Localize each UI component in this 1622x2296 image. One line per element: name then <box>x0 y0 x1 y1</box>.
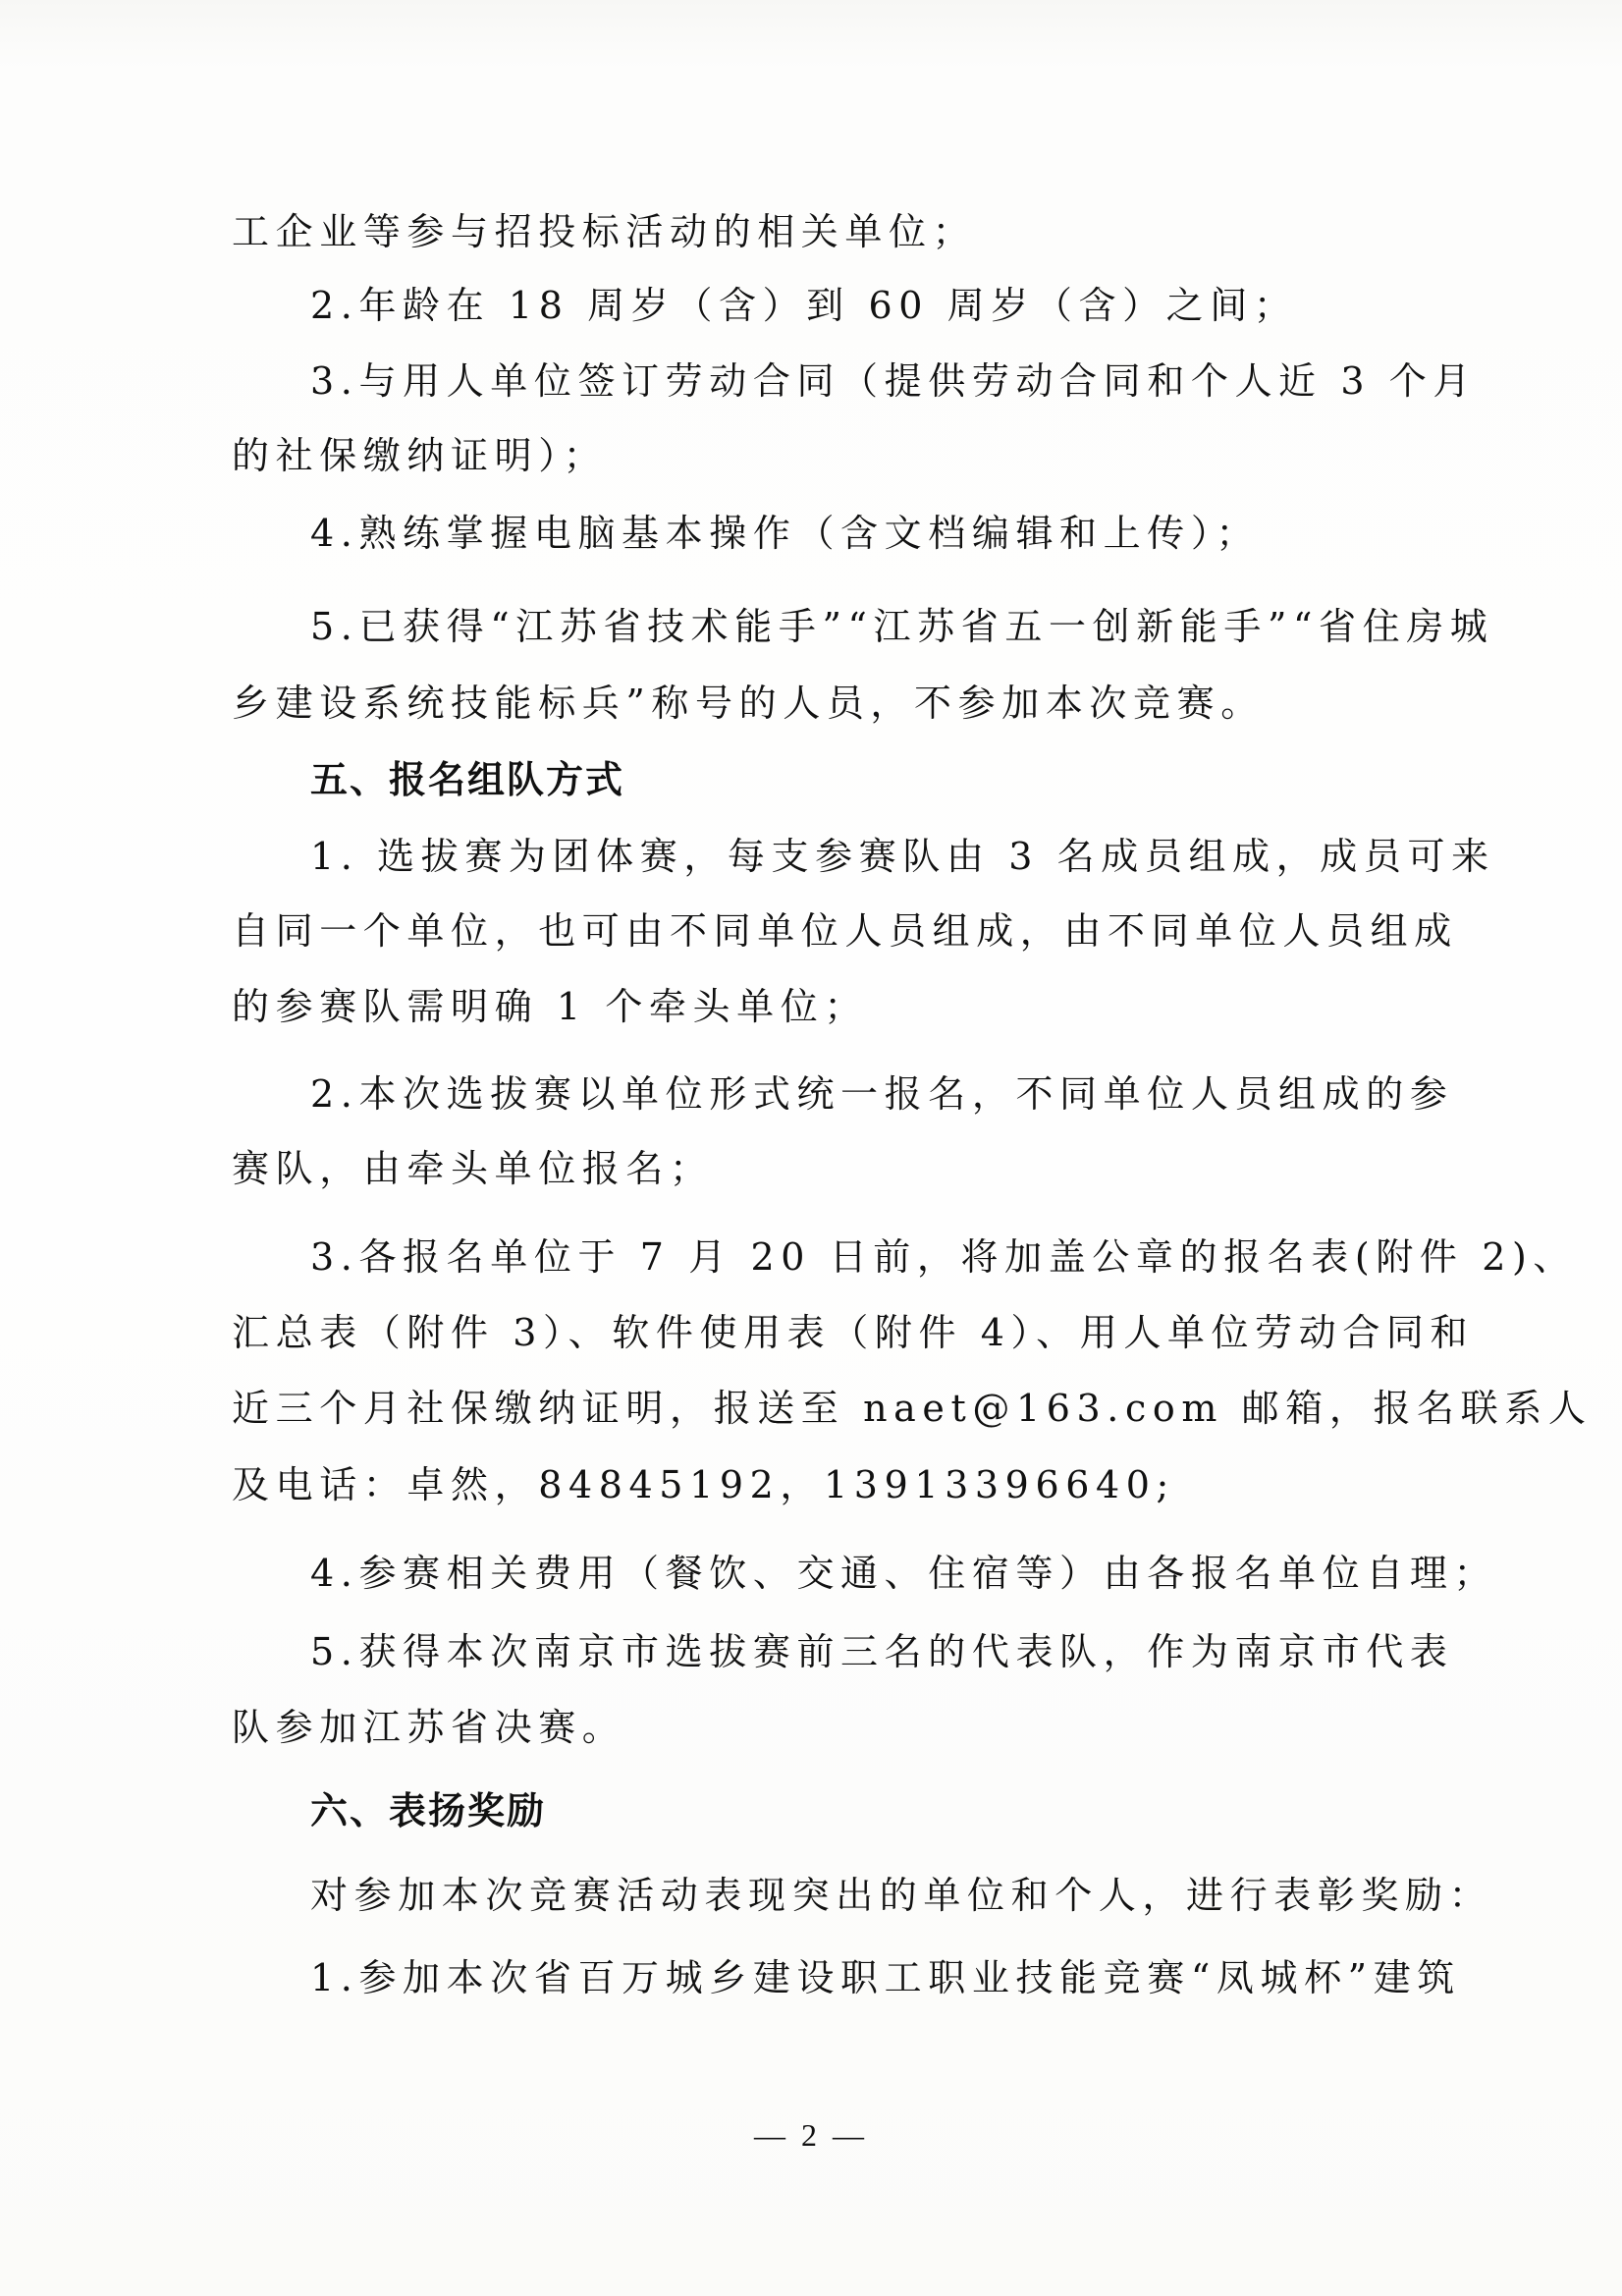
paragraph-line: 5.获得本次南京市选拔赛前三名的代表队，作为南京市代表 <box>310 1628 1453 1675</box>
paragraph-line: 5.已获得“江苏省技术能手”“江苏省五一创新能手”“省住房城 <box>310 603 1493 650</box>
paragraph-line: 自同一个单位，也可由不同单位人员组成，由不同单位人员组成 <box>232 907 1458 955</box>
paragraph-line-contact: 近三个月社保缴纳证明，报送至 naet@163.com 邮箱，报名联系人 <box>232 1385 1592 1432</box>
paragraph-line: 汇总表（附件 3）、软件使用表（附件 4）、用人单位劳动合同和 <box>232 1309 1474 1356</box>
paragraph-line: 对参加本次竞赛活动表现突出的单位和个人，进行表彰奖励： <box>310 1872 1492 1919</box>
paragraph-line: 队参加江苏省决赛。 <box>232 1704 625 1751</box>
paragraph-line: 1.参加本次省百万城乡建设职工职业技能竞赛“凤城杯”建筑 <box>310 1954 1461 2001</box>
paragraph-line: 4.熟练掌握电脑基本操作（含文档编辑和上传）； <box>310 510 1260 557</box>
section-heading-awards: 六、表扬奖励 <box>310 1787 546 1834</box>
paragraph-line: 2.年龄在 18 周岁（含）到 60 周岁（含）之间； <box>310 282 1297 329</box>
page-number: — 2 — <box>0 2117 1622 2154</box>
paragraph-line: 3.各报名单位于 7 月 20 日前，将加盖公章的报名表(附件 2)、 <box>310 1233 1577 1281</box>
paragraph-line: 赛队，由牵头单位报名； <box>232 1145 714 1192</box>
paragraph-line: 的社保缴纳证明）； <box>232 432 607 479</box>
paragraph-line: 3.与用人单位签订劳动合同（提供劳动合同和个人近 3 个月 <box>310 357 1477 405</box>
paragraph-line: 4.参赛相关费用（餐饮、交通、住宿等）由各报名单位自理； <box>310 1550 1497 1597</box>
document-page: 工企业等参与招投标活动的相关单位； 2.年龄在 18 周岁（含）到 60 周岁（… <box>0 0 1622 2296</box>
paragraph-line: 的参赛队需明确 1 个牵头单位； <box>232 983 868 1030</box>
paragraph-line: 1. 选拔赛为团体赛，每支参赛队由 3 名成员组成，成员可来 <box>310 833 1495 880</box>
paragraph-line: 乡建设系统技能标兵”称号的人员，不参加本次竞赛。 <box>232 680 1265 727</box>
paragraph-line: 2.本次选拔赛以单位形式统一报名，不同单位人员组成的参 <box>310 1070 1453 1118</box>
paragraph-line: 工企业等参与招投标活动的相关单位； <box>232 208 976 255</box>
section-heading-registration: 五、报名组队方式 <box>310 756 624 803</box>
paragraph-line-phone: 及电话：卓然，84845192，13913396640; <box>232 1461 1175 1508</box>
